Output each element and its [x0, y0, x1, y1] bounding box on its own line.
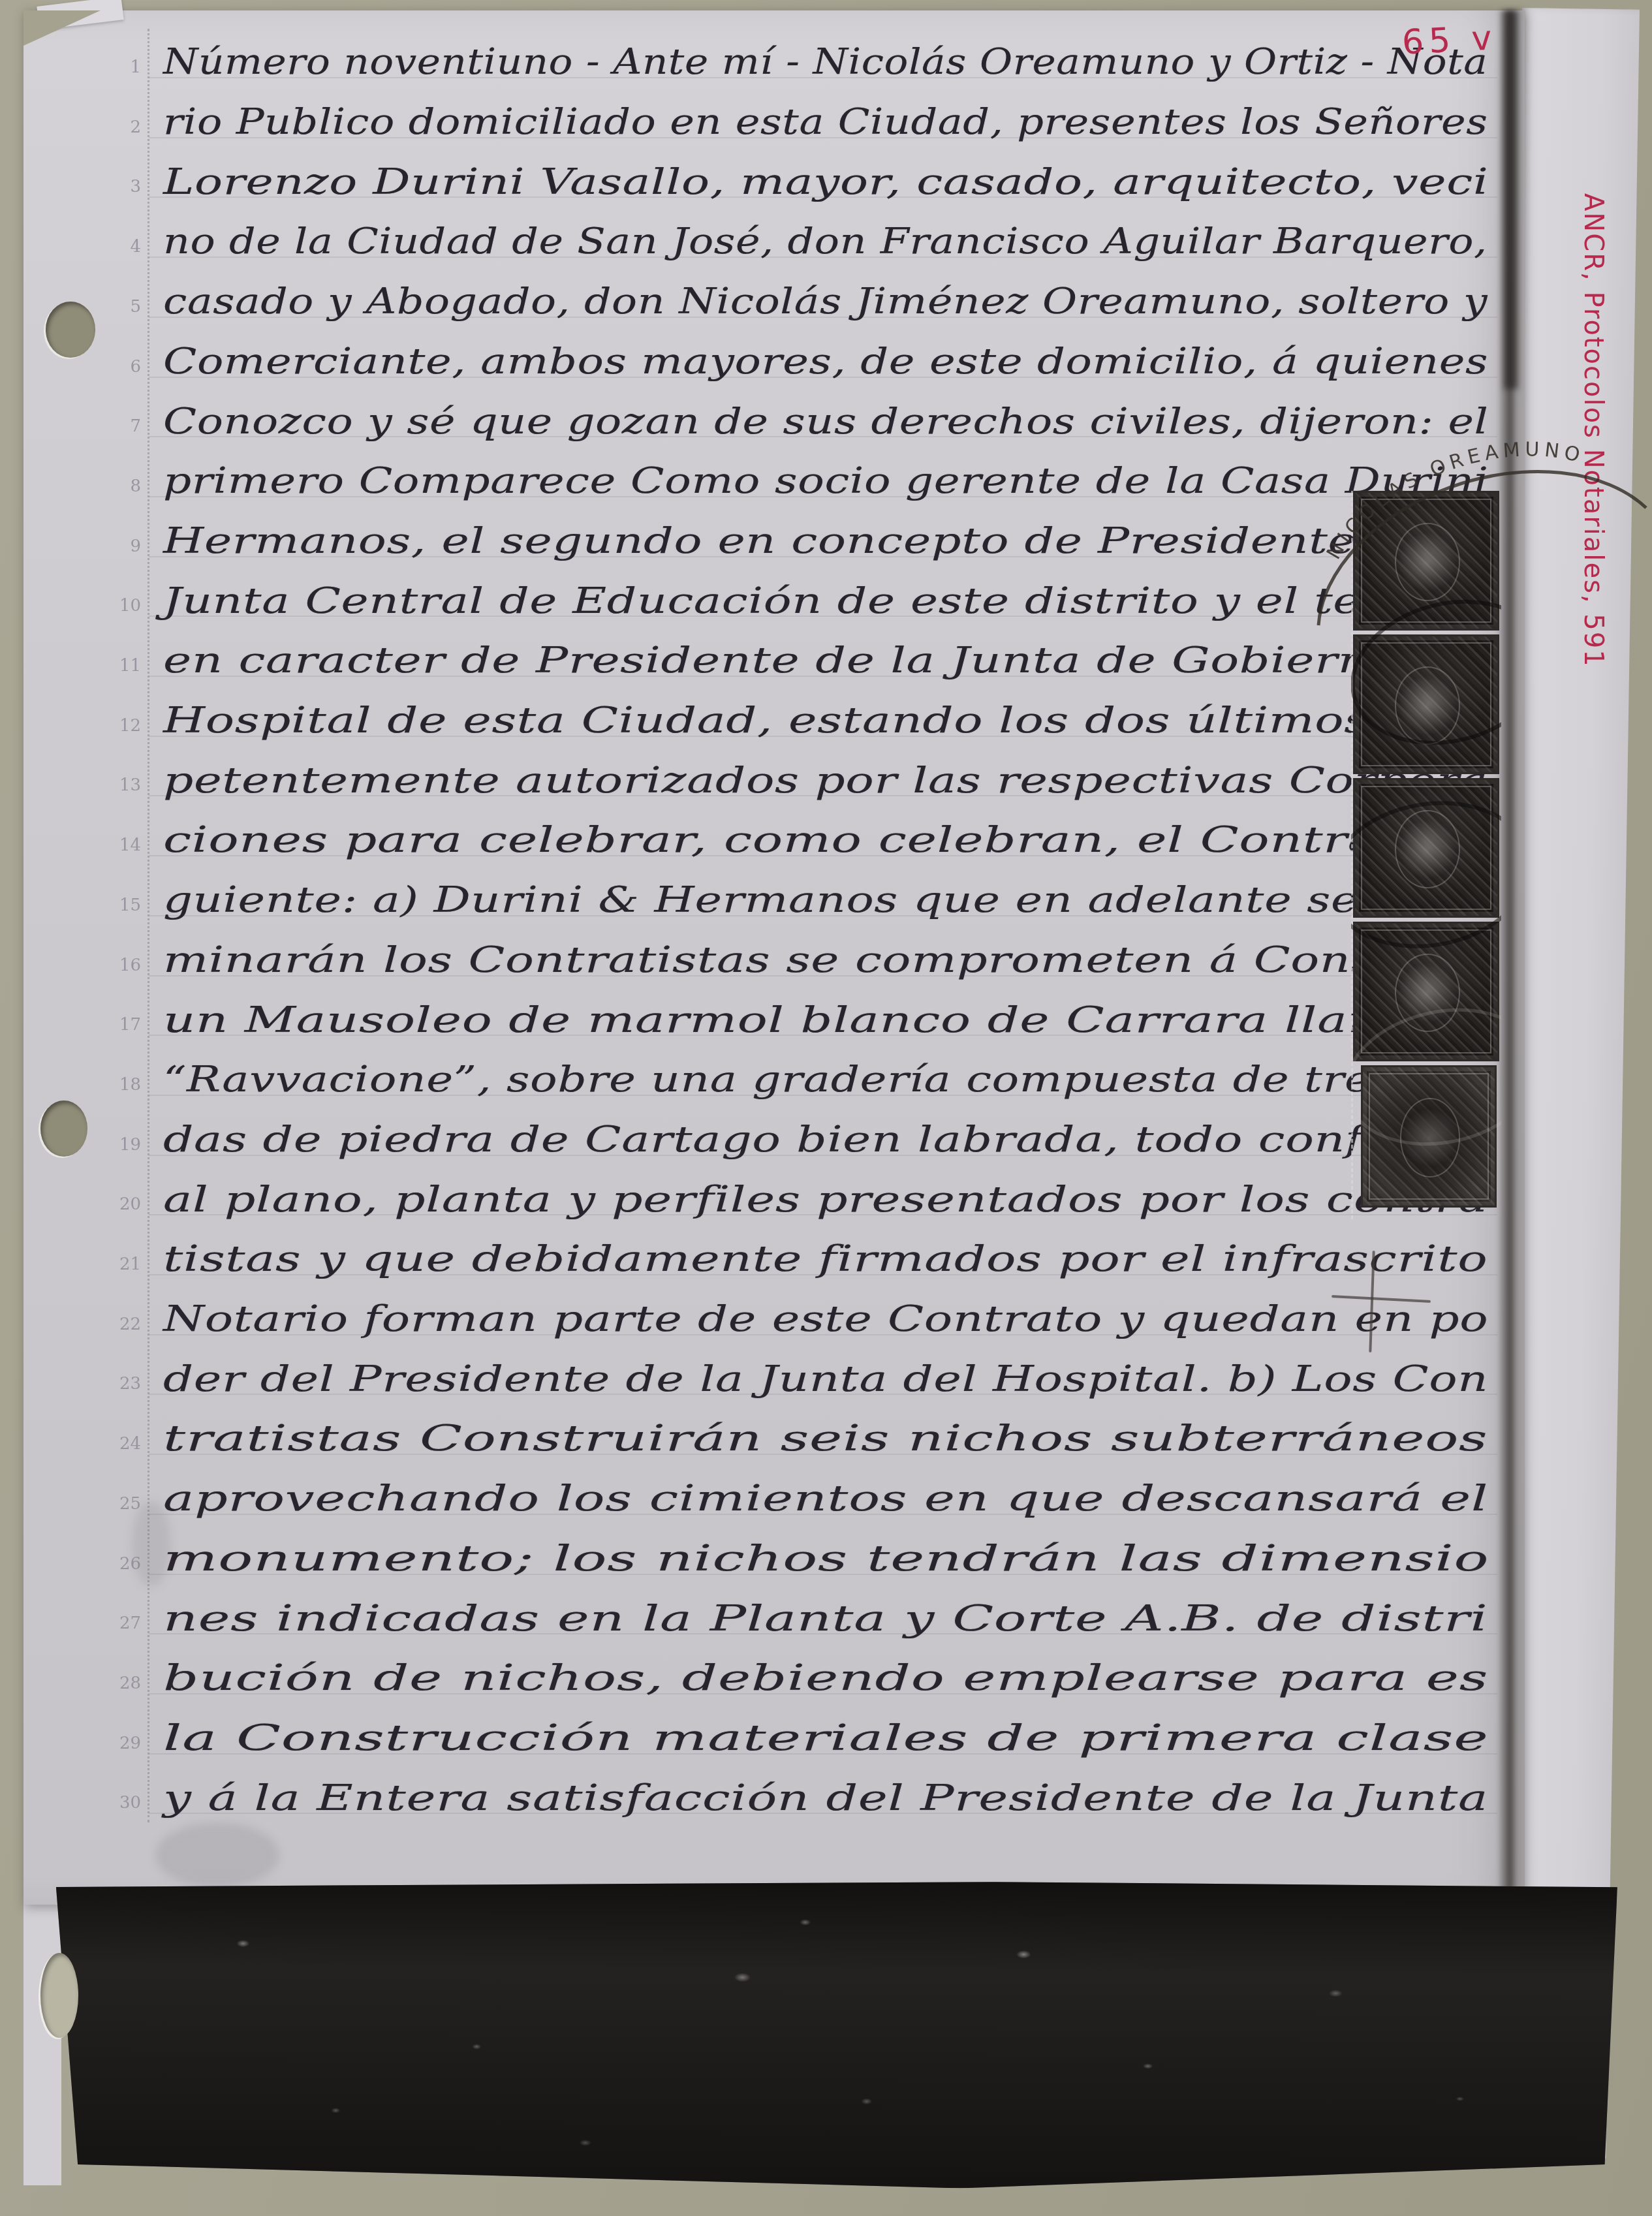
handwritten-text: no de la Ciudad de San José, don Francis…	[163, 223, 1488, 260]
punch-hole	[46, 302, 95, 358]
line-number: 8	[110, 476, 141, 496]
manuscript-line: 24tratistas Construirán seis nichos subt…	[149, 1394, 1497, 1455]
line-number: 3	[110, 177, 141, 196]
manuscript-line: 22Notario forman parte de este Contrato …	[149, 1274, 1497, 1335]
line-number: 1	[110, 57, 141, 77]
handwritten-text: tratistas Construirán seis nichos subter…	[163, 1420, 1488, 1458]
manuscript-line: 25aprovechando los cimientos en que desc…	[149, 1454, 1497, 1515]
manuscript-line: 20al plano, planta y perfiles presentado…	[149, 1154, 1497, 1215]
punch-hole	[40, 1100, 87, 1157]
line-number: 25	[110, 1494, 141, 1514]
manuscript-line: 12Hospital de esta Ciudad, estando los d…	[149, 676, 1497, 737]
line-number: 7	[110, 416, 141, 436]
manuscript-line: 29la Construcción materiales de primera …	[149, 1693, 1497, 1755]
line-number: 21	[110, 1255, 141, 1274]
line-number: 9	[110, 537, 141, 556]
smudge	[132, 1501, 171, 1586]
handwritten-text: guiente: a) Durini & Hermanos que en ade…	[163, 882, 1489, 919]
handwritten-text: minarán los Contratistas se comprometen …	[163, 942, 1488, 979]
line-number: 20	[110, 1194, 141, 1214]
handwritten-text: Número noventiuno - Ante mí - Nicolás Or…	[163, 44, 1488, 81]
manuscript-line: 3Lorenzo Durini Vasallo, mayor, casado, …	[149, 136, 1497, 198]
handwritten-text: monumento; los nichos tendrán las dimens…	[163, 1540, 1489, 1578]
page-fold-dark-crease	[1504, 10, 1518, 389]
line-number: 5	[110, 297, 141, 317]
line-number: 24	[110, 1434, 141, 1454]
manuscript-line: 11en caracter de Presidente de la Junta …	[149, 616, 1497, 677]
smudge	[155, 1822, 279, 1888]
page-left-edge-strip	[23, 1892, 61, 2185]
manuscript-line: 5casado y Abogado, don Nicolás Jiménez O…	[149, 257, 1497, 318]
manuscript-line: 27nes indicadas en la Planta y Corte A.B…	[149, 1573, 1497, 1634]
handwritten-text: Hospital de esta Ciudad, estando los dos…	[163, 702, 1488, 740]
line-number: 16	[110, 956, 141, 975]
handwritten-text: Lorenzo Durini Vasallo, mayor, casado, a…	[163, 164, 1488, 201]
svg-text:NICOLAS OREAMUNO: NICOLAS OREAMUNO	[1322, 438, 1587, 563]
handwritten-text: al plano, planta y perfiles presentados …	[163, 1181, 1488, 1219]
manuscript-line: 16minarán los Contratistas se compromete…	[149, 915, 1497, 976]
handwritten-text: tistas y que debidamente firmados por el…	[163, 1241, 1488, 1278]
handwritten-text: Notario forman parte de este Contrato y …	[163, 1301, 1488, 1338]
manuscript-line: 15guiente: a) Durini & Hermanos que en a…	[149, 855, 1497, 916]
black-backing-strip	[54, 1875, 1617, 2193]
handwritten-text: Hermanos, el segundo en concepto de Pres…	[163, 523, 1488, 560]
handwritten-text: Comerciante, ambos mayores, de este domi…	[163, 343, 1488, 381]
line-number: 13	[110, 775, 141, 795]
folio-number-annotation: 65 v	[1401, 18, 1498, 63]
line-number: 14	[110, 835, 141, 855]
manuscript-line: 30y á la Entera satisfacción del Preside…	[149, 1753, 1497, 1814]
line-number: 15	[110, 896, 141, 915]
manuscript-line: 10Junta Central de Educación de este dis…	[149, 555, 1497, 617]
manuscript-lines: 1Número noventiuno - Ante mí - Nicolás O…	[25, 12, 1526, 1892]
line-number: 22	[110, 1315, 141, 1334]
line-number: 17	[110, 1015, 141, 1035]
manuscript-line: 4no de la Ciudad de San José, don Franci…	[149, 196, 1497, 258]
handwritten-text: rio Publico domiciliado en esta Ciudad, …	[163, 104, 1488, 141]
handwritten-text: bución de nichos, debiendo emplearse par…	[163, 1660, 1488, 1697]
line-number: 30	[110, 1793, 141, 1813]
handwritten-text: petentemente autorizados por las respect…	[163, 762, 1488, 800]
manuscript-line: 6Comerciante, ambos mayores, de este dom…	[149, 317, 1497, 378]
line-number: 28	[110, 1674, 141, 1693]
line-number: 27	[110, 1614, 141, 1633]
handwritten-text: Conozco y sé que gozan de sus derechos c…	[163, 403, 1489, 441]
line-number: 4	[110, 237, 141, 257]
handwritten-text: das de piedra de Cartago bien labrada, t…	[163, 1121, 1489, 1159]
handwritten-text: un Mausoleo de marmol blanco de Carrara …	[163, 1002, 1488, 1039]
photographed-document: 1Número noventiuno - Ante mí - Nicolás O…	[0, 0, 1652, 2216]
handwritten-text: en caracter de Presidente de la Junta de…	[163, 642, 1489, 679]
line-number: 12	[110, 716, 141, 736]
line-number: 11	[110, 656, 141, 676]
line-number: 29	[110, 1734, 141, 1753]
manuscript-line: 9Hermanos, el segundo en concepto de Pre…	[149, 496, 1497, 557]
punch-hole	[40, 1953, 78, 2038]
manuscript-line: 14ciones para celebrar, como celebran, e…	[149, 795, 1497, 856]
line-number: 19	[110, 1135, 141, 1155]
handwritten-text: nes indicadas en la Planta y Corte A.B. …	[163, 1600, 1488, 1638]
manuscript-line: 7Conozco y sé que gozan de sus derechos …	[149, 376, 1497, 437]
manuscript-line: 8primero Comparece Como socio gerente de…	[149, 436, 1497, 497]
cancellation-ellipse-marks	[1351, 561, 1501, 1214]
handwritten-text: y á la Entera satisfacción del President…	[163, 1780, 1488, 1817]
handwritten-text: ciones para celebrar, como celebran, el …	[163, 822, 1489, 859]
line-number: 6	[110, 357, 141, 377]
manuscript-line: 19das de piedra de Cartago bien labrada,…	[149, 1095, 1497, 1156]
line-number: 23	[110, 1374, 141, 1394]
manuscript-line: 26monumento; los nichos tendrán las dime…	[149, 1514, 1497, 1575]
manuscript-line: 13petentemente autorizados por las respe…	[149, 735, 1497, 796]
manuscript-line: 1Número noventiuno - Ante mí - Nicolás O…	[149, 17, 1497, 78]
line-number: 18	[110, 1075, 141, 1095]
handwritten-text: aprovechando los cimientos en que descan…	[163, 1480, 1488, 1518]
handwritten-text: “Ravvacione”, sobre una gradería compues…	[163, 1061, 1489, 1099]
line-number: 10	[110, 596, 141, 616]
manuscript-line: 18“Ravvacione”, sobre una gradería compu…	[149, 1035, 1497, 1096]
manuscript-line: 21tistas y que debidamente firmados por …	[149, 1214, 1497, 1275]
handwritten-text: la Construcción materiales de primera cl…	[163, 1720, 1489, 1757]
handwritten-text: der del Presidente de la Junta del Hospi…	[163, 1361, 1488, 1398]
manuscript-line: 28bución de nichos, debiendo emplearse p…	[149, 1633, 1497, 1694]
manuscript-line: 17un Mausoleo de marmol blanco de Carrar…	[149, 975, 1497, 1036]
manuscript-line: 23der del Presidente de la Junta del Hos…	[149, 1334, 1497, 1395]
handwritten-text: casado y Abogado, don Nicolás Jiménez Or…	[163, 283, 1488, 320]
cancellation-text: NICOLAS OREAMUNO	[1322, 438, 1587, 563]
handwritten-text: primero Comparece Como socio gerente de …	[163, 463, 1489, 500]
handwritten-text: Junta Central de Educación de este distr…	[163, 583, 1489, 620]
manuscript-line: 2rio Publico domiciliado en esta Ciudad,…	[149, 77, 1497, 138]
line-number: 2	[110, 117, 141, 137]
